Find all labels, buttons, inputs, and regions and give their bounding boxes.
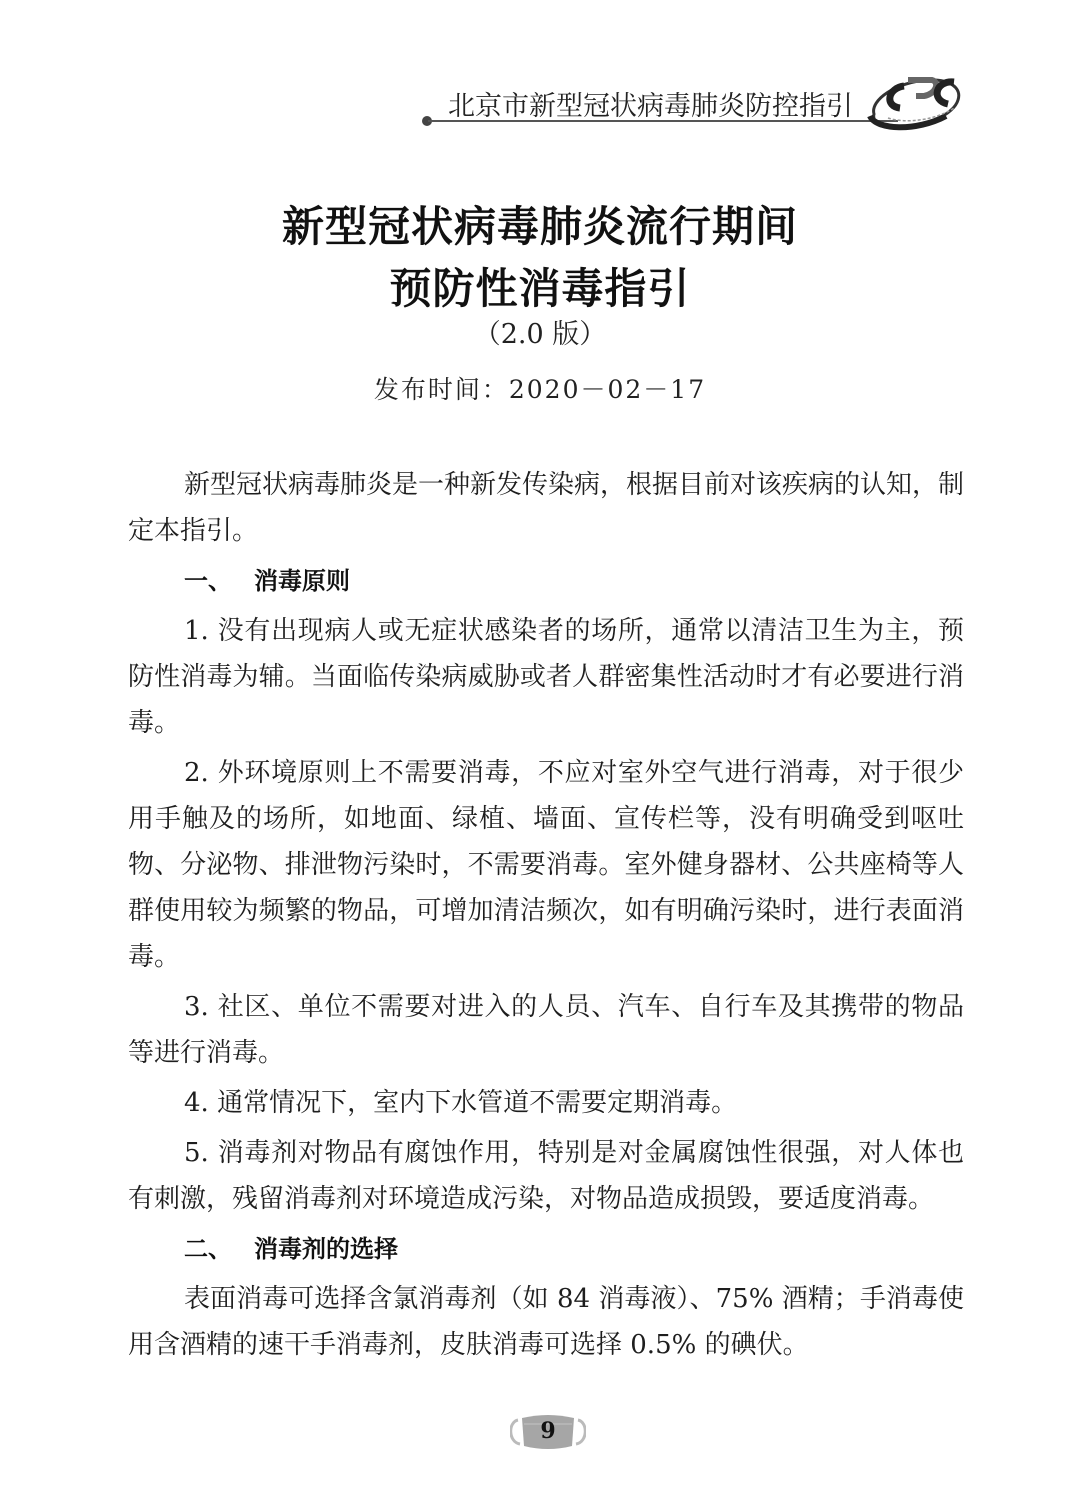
section-title: 消毒剂的选择 xyxy=(254,1235,398,1263)
section-2-paragraph: 表面消毒可选择含氯消毒剂（如 84 消毒液）、75% 酒精；手消毒使用含酒精的速… xyxy=(128,1276,964,1368)
publish-date: 发布时间：2020－02－17 xyxy=(0,370,1080,406)
page-header: 北京市新型冠状病毒肺炎防控指引 xyxy=(0,0,1080,140)
running-title: 北京市新型冠状病毒肺炎防控指引 xyxy=(448,84,853,123)
section-number: 二、 xyxy=(184,1235,232,1263)
list-item: 5. 消毒剂对物品有腐蚀作用，特别是对金属腐蚀性很强，对人体也有刺激，残留消毒剂… xyxy=(128,1130,964,1222)
document-body: 新型冠状病毒肺炎是一种新发传染病，根据目前对该疾病的认知，制定本指引。 一、消毒… xyxy=(128,462,964,1368)
list-item: 4. 通常情况下，室内下水管道不需要定期消毒。 xyxy=(128,1080,964,1126)
list-item: 2. 外环境原则上不需要消毒，不应对室外空气进行消毒，对于很少用手触及的场所，如… xyxy=(128,750,964,980)
section-heading-1: 一、消毒原则 xyxy=(128,558,964,604)
section-title: 消毒原则 xyxy=(254,567,350,595)
cdc-logo-icon xyxy=(866,70,966,132)
header-rule xyxy=(428,120,898,122)
version-label: （2.0 版） xyxy=(0,312,1080,351)
page-number: 9 xyxy=(510,1418,586,1444)
list-item: 1. 没有出现病人或无症状感染者的场所，通常以清洁卫生为主，预防性消毒为辅。当面… xyxy=(128,608,964,746)
title-line-2: 预防性消毒指引 xyxy=(0,258,1080,320)
document-title: 新型冠状病毒肺炎流行期间 预防性消毒指引 xyxy=(0,196,1080,320)
section-number: 一、 xyxy=(184,567,232,595)
section-heading-2: 二、消毒剂的选择 xyxy=(128,1226,964,1272)
list-item: 3. 社区、单位不需要对进入的人员、汽车、自行车及其携带的物品等进行消毒。 xyxy=(128,984,964,1076)
title-line-1: 新型冠状病毒肺炎流行期间 xyxy=(0,196,1080,258)
page-number-badge: 9 xyxy=(510,1412,586,1452)
intro-paragraph: 新型冠状病毒肺炎是一种新发传染病，根据目前对该疾病的认知，制定本指引。 xyxy=(128,462,964,554)
